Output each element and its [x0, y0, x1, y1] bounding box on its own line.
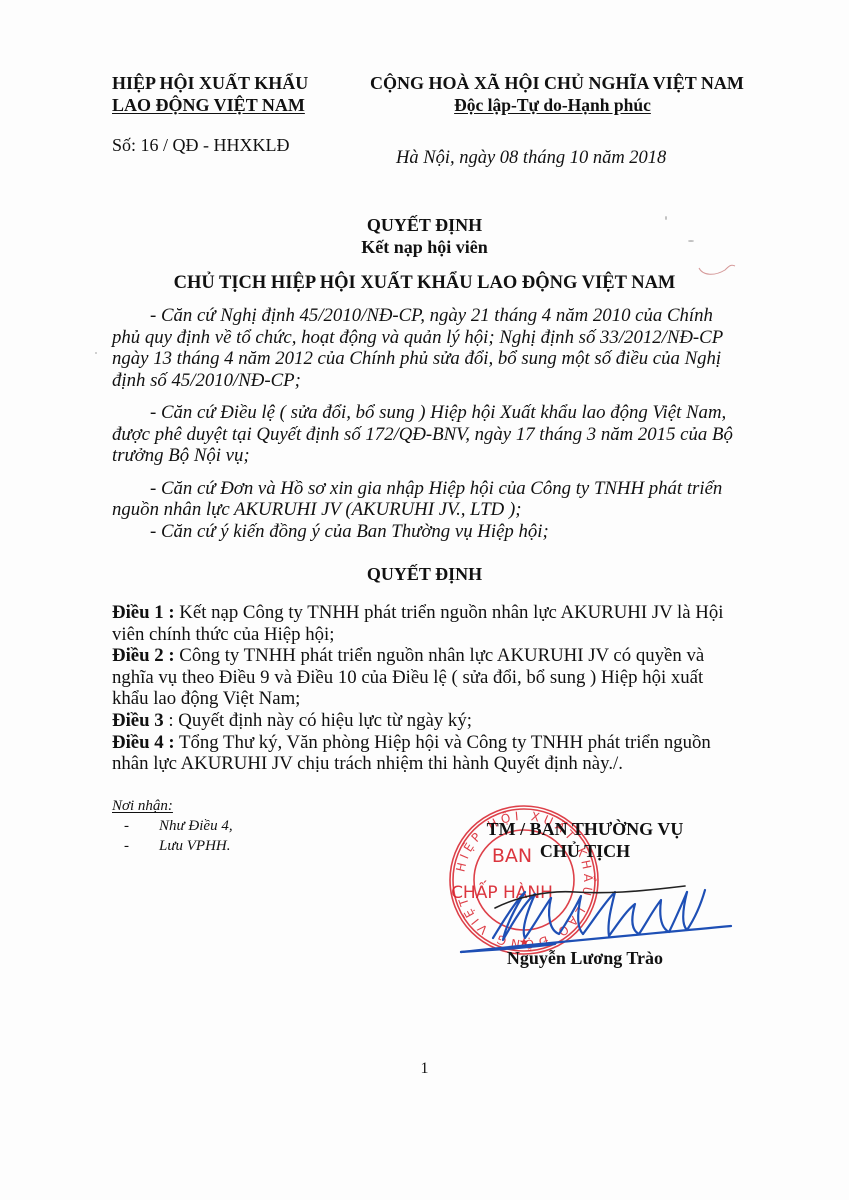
- article-label: Điều 2 :: [112, 645, 175, 666]
- signer-position: CHỦ TỊCH: [470, 840, 700, 862]
- legal-basis-item: - Căn cứ Nghị định 45/2010/NĐ-CP, ngày 2…: [112, 305, 737, 391]
- national-motto: Độc lập-Tự do-Hạnh phúc: [370, 94, 735, 116]
- document-page: HIỆP HỘI XUẤT KHẨU LAO ĐỘNG VIỆT NAM CỘN…: [0, 0, 849, 1200]
- recipient-item: -Như Điều 4,: [112, 816, 233, 836]
- document-title: QUYẾT ĐỊNH Kết nạp hội viên: [0, 214, 849, 258]
- article-text: Tổng Thư ký, Văn phòng Hiệp hội và Công …: [112, 732, 711, 775]
- document-number: Số: 16 / QĐ - HHXKLĐ: [112, 135, 290, 156]
- legal-basis-item: - Căn cứ ý kiến đồng ý của Ban Thường vụ…: [112, 521, 737, 543]
- article-text: Kết nạp Công ty TNHH phát triển nguồn nh…: [112, 602, 723, 645]
- page-number: 1: [0, 1060, 849, 1078]
- article-text: : Quyết định này có hiệu lực từ ngày ký;: [164, 710, 472, 731]
- legal-basis-list: - Căn cứ Nghị định 45/2010/NĐ-CP, ngày 2…: [112, 305, 737, 553]
- organization-line-1: HIỆP HỘI XUẤT KHẨU: [112, 72, 308, 94]
- article-label: Điều 1 :: [112, 602, 175, 623]
- scan-speck: [95, 352, 97, 354]
- national-heading: CỘNG HOÀ XÃ HỘI CHỦ NGHĨA VIỆT NAM Độc l…: [370, 72, 735, 116]
- title-subject: Kết nạp hội viên: [0, 236, 849, 258]
- recipient-text: Như Điều 4,: [159, 818, 233, 834]
- nation-name: CỘNG HOÀ XÃ HỘI CHỦ NGHĨA VIỆT NAM: [370, 72, 735, 94]
- recipients-label: Nơi nhận:: [112, 796, 233, 816]
- article-3: Điều 3 : Quyết định này có hiệu lực từ n…: [112, 710, 742, 732]
- organization-line-2: LAO ĐỘNG VIỆT NAM: [112, 94, 308, 116]
- handwritten-signature: [455, 878, 735, 958]
- articles-list: Điều 1 : Kết nạp Công ty TNHH phát triển…: [112, 602, 742, 775]
- article-label: Điều 4 :: [112, 732, 175, 753]
- article-1: Điều 1 : Kết nạp Công ty TNHH phát triển…: [112, 602, 742, 645]
- recipients-block: Nơi nhận: -Như Điều 4, -Lưu VPHH.: [112, 796, 233, 856]
- title-main: QUYẾT ĐỊNH: [0, 214, 849, 236]
- signature-title: TM / BAN THƯỜNG VỤ CHỦ TỊCH: [470, 818, 700, 862]
- article-label: Điều 3: [112, 710, 164, 731]
- recipient-text: Lưu VPHH.: [159, 838, 231, 854]
- place-and-date: Hà Nội, ngày 08 tháng 10 năm 2018: [396, 148, 666, 169]
- on-behalf-of: TM / BAN THƯỜNG VỤ: [470, 818, 700, 840]
- scan-speck: [688, 240, 694, 242]
- article-4: Điều 4 : Tổng Thư ký, Văn phòng Hiệp hội…: [112, 732, 742, 775]
- decision-heading: QUYẾT ĐỊNH: [0, 564, 849, 585]
- article-2: Điều 2 : Công ty TNHH phát triển nguồn n…: [112, 645, 742, 710]
- scan-speck: [665, 216, 667, 220]
- legal-basis-item: - Căn cứ Đơn và Hồ sơ xin gia nhập Hiệp …: [112, 478, 737, 521]
- recipient-item: -Lưu VPHH.: [112, 836, 233, 856]
- article-text: Công ty TNHH phát triển nguồn nhân lực A…: [112, 645, 704, 709]
- signer-name: Nguyễn Lương Trào: [470, 948, 700, 969]
- issuing-organization: HIỆP HỘI XUẤT KHẨU LAO ĐỘNG VIỆT NAM: [112, 72, 308, 116]
- legal-basis-item: - Căn cứ Điều lệ ( sửa đổi, bổ sung ) Hi…: [112, 402, 737, 467]
- scan-mark: [695, 260, 745, 280]
